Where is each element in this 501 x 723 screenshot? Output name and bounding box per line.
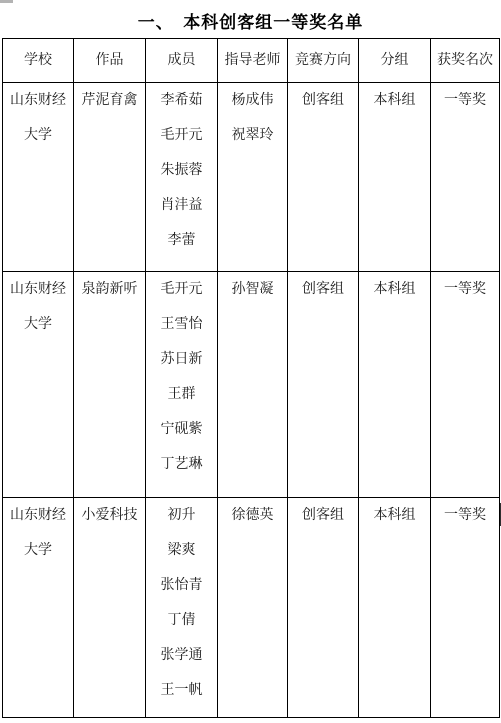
cell-teachers: 杨成伟 祝翠玲 bbox=[218, 83, 288, 272]
cell-members: 李希茹 毛开元 朱振蓉 肖沣益 李蕾 bbox=[146, 83, 218, 272]
cell-direction: 创客组 bbox=[288, 83, 359, 272]
table-row: 山东财经 大学 泉韵新听 毛开元 王雪怡 苏日新 王群 宁砚紫 丁艺琳 孙智凝 … bbox=[3, 272, 500, 498]
cell-members: 毛开元 王雪怡 苏日新 王群 宁砚紫 丁艺琳 bbox=[146, 272, 218, 498]
table-row: 山东财经 大学 芹泥育禽 李希茹 毛开元 朱振蓉 肖沣益 李蕾 杨成伟 祝翠玲 … bbox=[3, 83, 500, 272]
cell-work: 小爱科技 bbox=[74, 498, 146, 718]
cell-work: 泉韵新听 bbox=[74, 272, 146, 498]
header-award: 获奖名次 bbox=[431, 39, 500, 83]
cell-teachers: 孙智凝 bbox=[218, 272, 288, 498]
header-direction: 竞赛方向 bbox=[288, 39, 359, 83]
header-work: 作品 bbox=[74, 39, 146, 83]
cell-school: 山东财经 大学 bbox=[3, 498, 74, 718]
screenshot-corner-fragment bbox=[0, 0, 13, 3]
header-school: 学校 bbox=[3, 39, 74, 83]
cell-award: 一等奖 bbox=[431, 83, 500, 272]
cell-direction: 创客组 bbox=[288, 498, 359, 718]
cell-award: 一等奖 bbox=[431, 272, 500, 498]
cell-group: 本科组 bbox=[359, 498, 431, 718]
cell-school: 山东财经 大学 bbox=[3, 272, 74, 498]
cell-group: 本科组 bbox=[359, 83, 431, 272]
cell-award: 一等奖 bbox=[431, 498, 500, 718]
cell-teachers: 徐德英 bbox=[218, 498, 288, 718]
cell-members: 初升 梁爽 张怡青 丁倩 张学通 王一帆 bbox=[146, 498, 218, 718]
table-header-row: 学校 作品 成员 指导老师 竞赛方向 分组 获奖名次 bbox=[3, 39, 500, 83]
cell-work: 芹泥育禽 bbox=[74, 83, 146, 272]
cell-school: 山东财经 大学 bbox=[3, 83, 74, 272]
header-teachers: 指导老师 bbox=[218, 39, 288, 83]
header-members: 成员 bbox=[146, 39, 218, 83]
page-title: 一、 本科创客组一等奖名单 bbox=[0, 8, 501, 33]
award-list-table: 学校 作品 成员 指导老师 竞赛方向 分组 获奖名次 山东财经 大学 芹泥育禽 … bbox=[2, 38, 500, 718]
header-group: 分组 bbox=[359, 39, 431, 83]
cell-direction: 创客组 bbox=[288, 272, 359, 498]
cell-group: 本科组 bbox=[359, 272, 431, 498]
table-row: 山东财经 大学 小爱科技 初升 梁爽 张怡青 丁倩 张学通 王一帆 徐德英 创客… bbox=[3, 498, 500, 718]
